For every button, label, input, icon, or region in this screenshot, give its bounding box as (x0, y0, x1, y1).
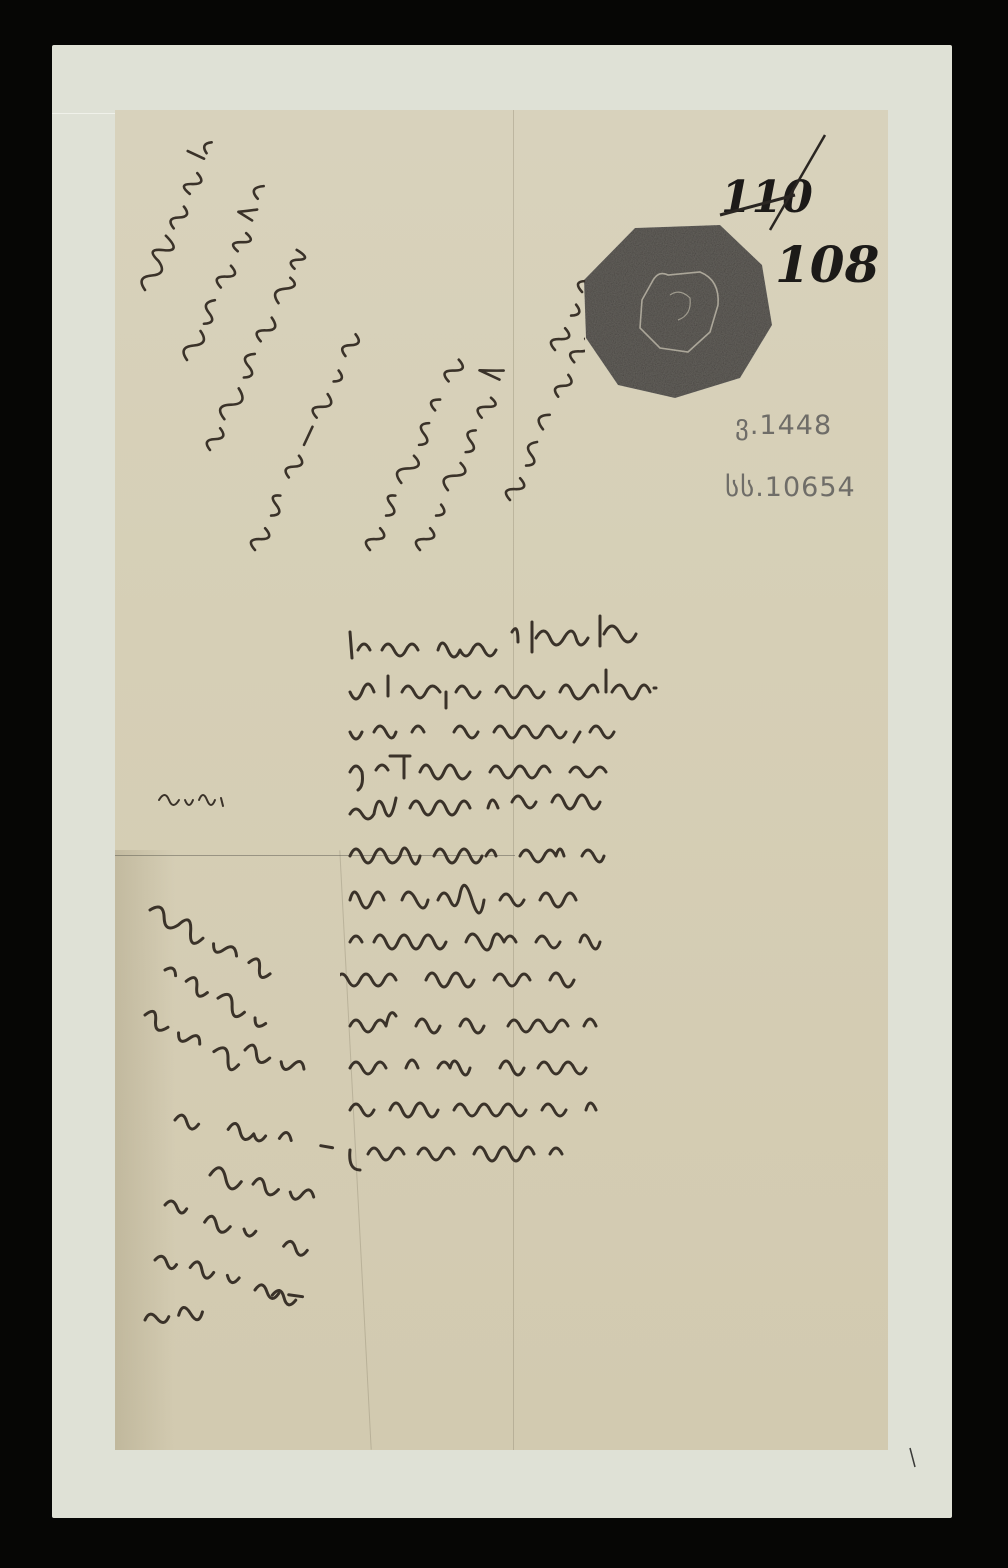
strike-through-mark (715, 130, 835, 240)
body-line-10 (350, 1013, 596, 1033)
archive-item-number: სს.10654 (725, 472, 856, 503)
body-line-4 (350, 756, 606, 790)
body-text (340, 610, 885, 1220)
folio-number: 108 (775, 235, 879, 294)
seal-impression (580, 220, 775, 400)
body-line-2 (350, 670, 656, 708)
body-line-5 (350, 795, 600, 819)
body-line-11 (350, 1060, 586, 1075)
mount-fold-line (52, 113, 116, 114)
body-line-13 (350, 1147, 562, 1170)
body-line-3 (350, 726, 614, 742)
body-line-8 (350, 934, 600, 950)
archive-fond-number: ვ.1448 (735, 410, 832, 441)
margin-word (155, 780, 225, 820)
manuscript-paper: 110 108 ვ.1448 სს.10654 (115, 110, 888, 1450)
body-line-12 (350, 1103, 596, 1117)
body-line-7 (350, 885, 576, 913)
diagonal-annotations (115, 110, 585, 650)
body-line-6 (350, 848, 604, 864)
body-line-9 (340, 973, 574, 989)
mount-pencil-mark (905, 1445, 925, 1475)
body-line-1 (350, 616, 636, 658)
